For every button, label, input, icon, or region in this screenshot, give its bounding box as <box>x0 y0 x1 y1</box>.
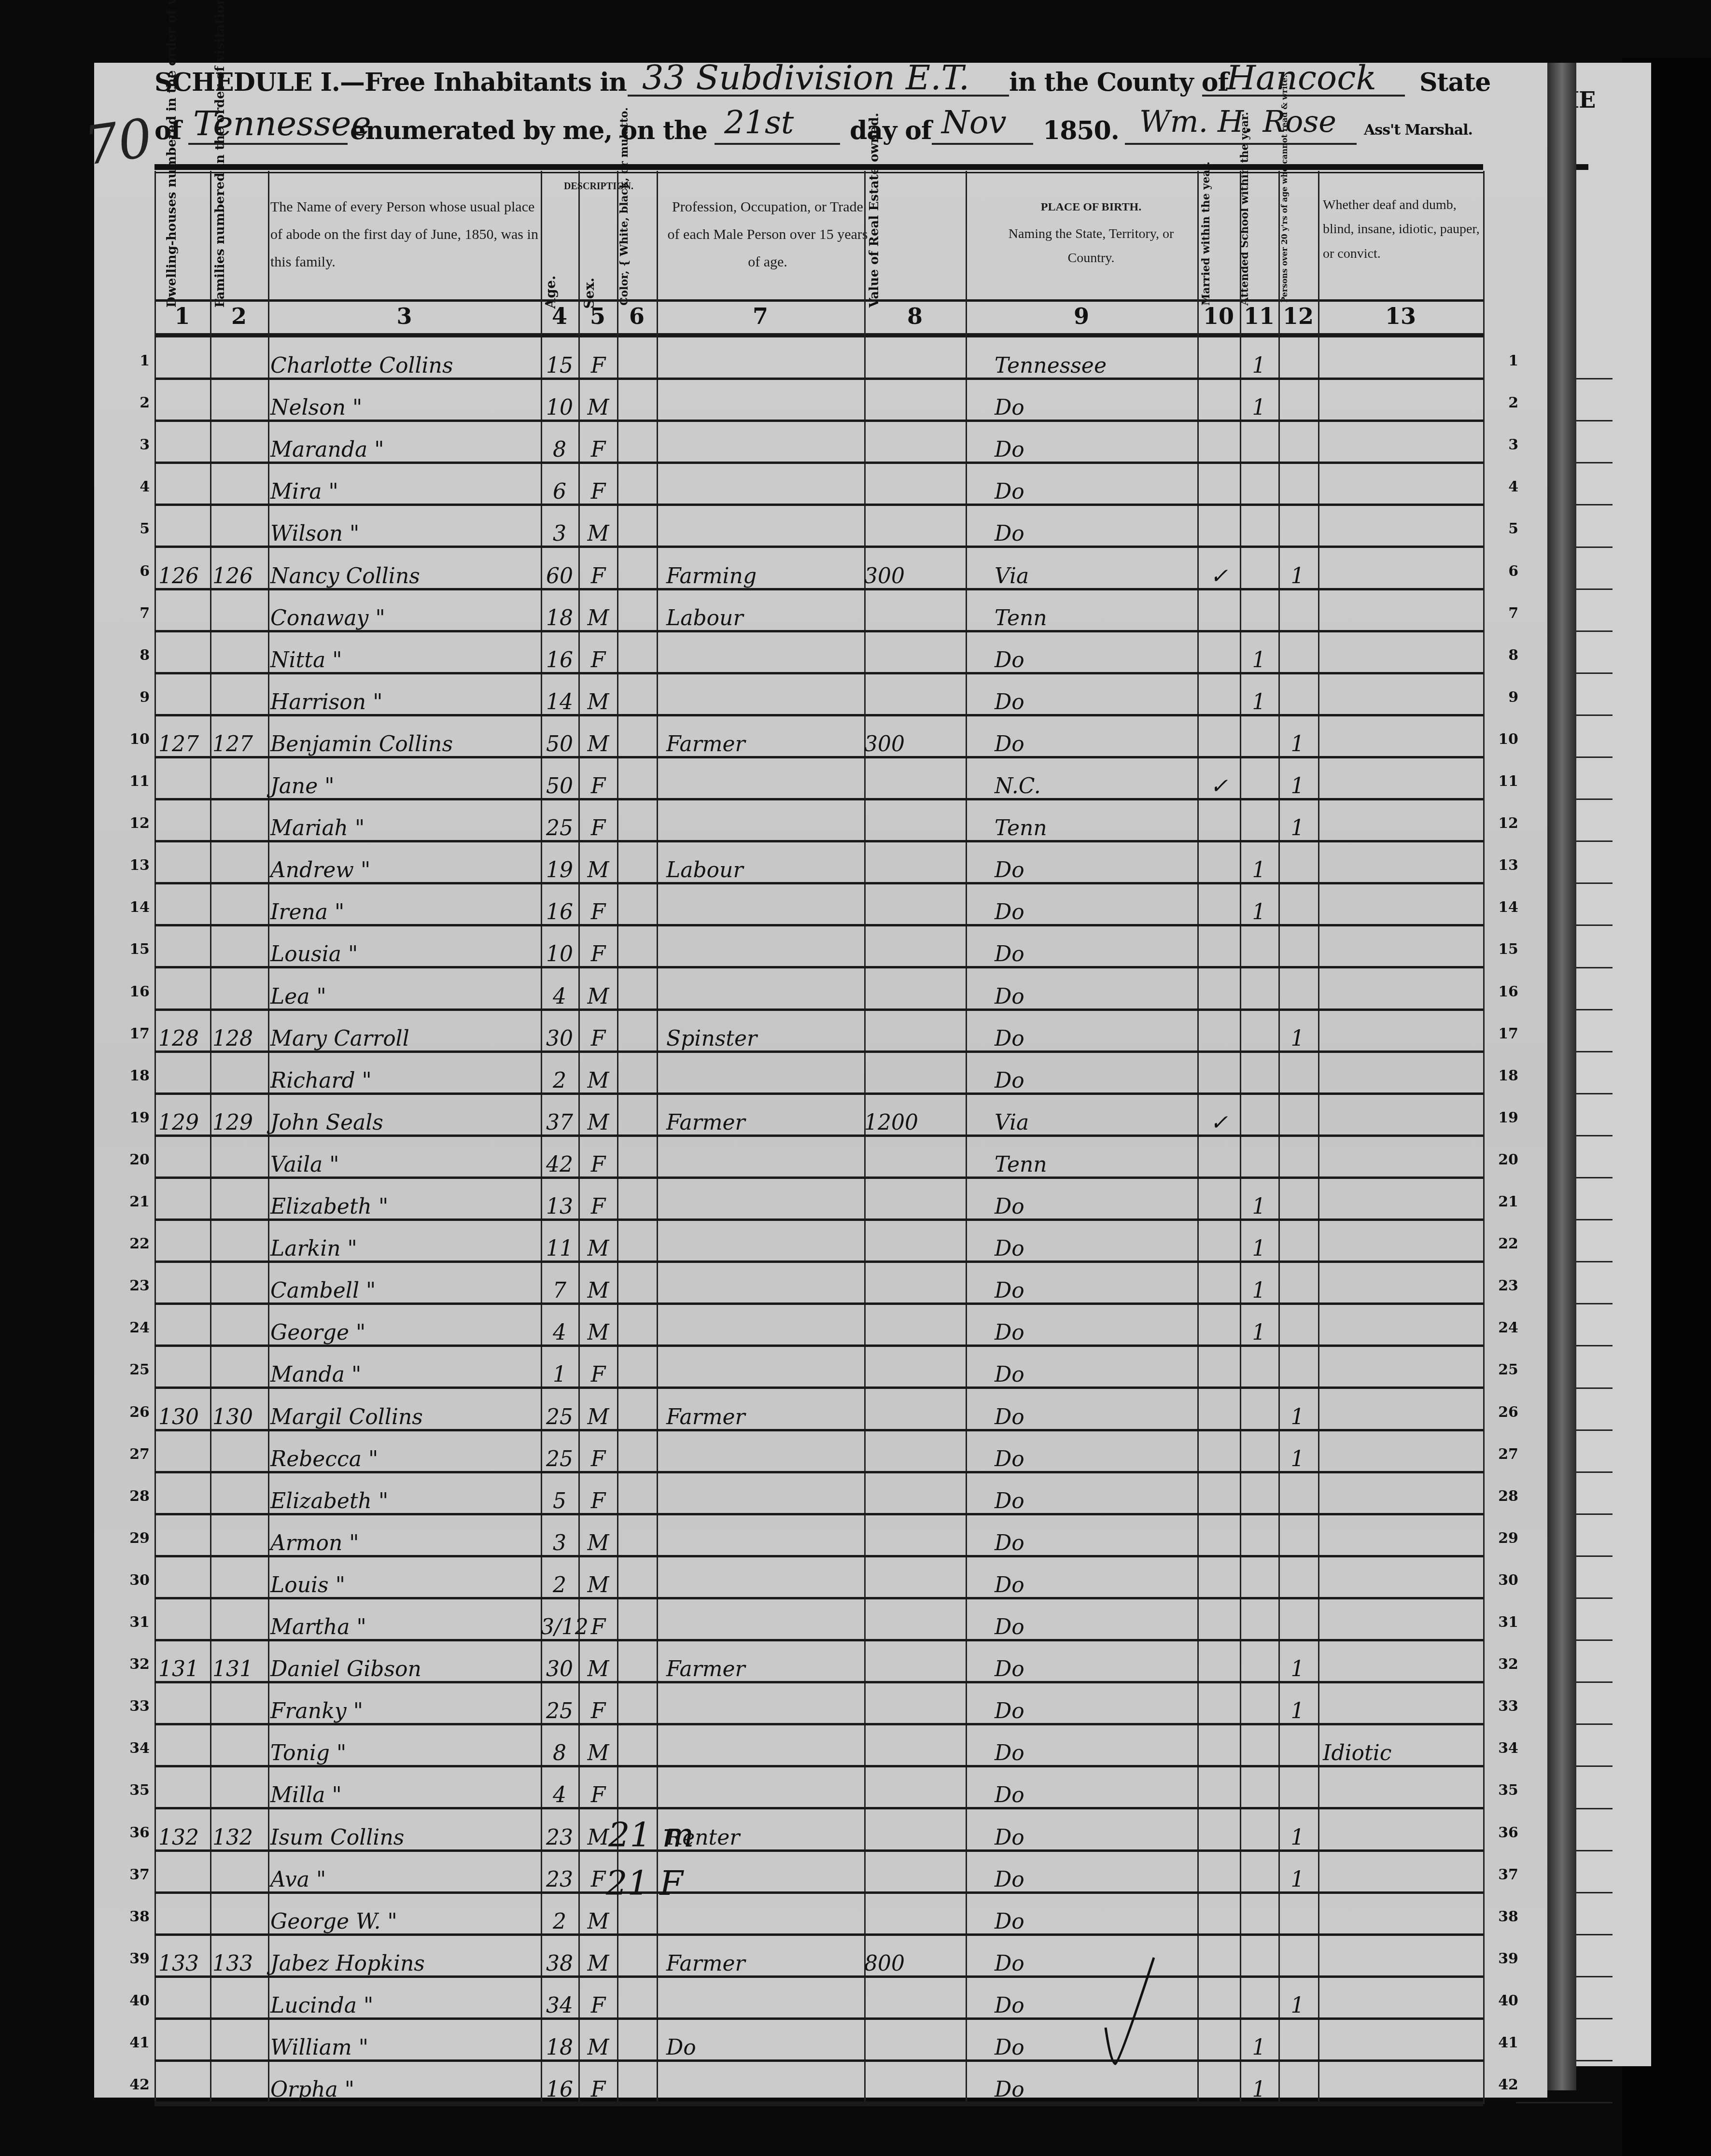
table-row: Vaila "42FTenn <box>154 1137 1483 1179</box>
cell-birth: Via <box>995 1110 1197 1135</box>
cell-age: 3 <box>541 1531 578 1555</box>
cell-occupation: Farmer <box>666 1110 869 1135</box>
cell-read: 1 <box>1279 564 1316 588</box>
cell-age: 2 <box>541 1573 578 1597</box>
line-number: 27 <box>1489 1446 1518 1463</box>
cell-age: 38 <box>541 1951 578 1976</box>
cell-value: 300 <box>864 732 961 756</box>
line-number: 9 <box>121 689 150 706</box>
cell-name: Conaway " <box>270 606 541 630</box>
column-number: 3 <box>268 303 541 329</box>
cell-sex: F <box>579 1362 617 1387</box>
cell-name: Wilson " <box>270 521 541 546</box>
line-number: 8 <box>1489 647 1518 664</box>
table-row: Mira "6FDo <box>154 464 1483 506</box>
column-number: 6 <box>617 303 657 329</box>
cell-school: 1 <box>1241 900 1277 924</box>
table-row: Elizabeth "5FDo <box>154 1473 1483 1515</box>
cell-school: 1 <box>1241 1278 1277 1303</box>
line-number: 20 <box>1489 1151 1518 1168</box>
cell-dwelling: 133 <box>158 1951 211 1976</box>
cell-age: 5 <box>541 1489 578 1513</box>
cell-age: 1 <box>541 1362 578 1387</box>
cell-dwelling: 131 <box>158 1657 211 1681</box>
header-divider <box>154 299 1483 302</box>
line-number: 42 <box>1489 2076 1518 2093</box>
cell-occupation: Farmer <box>666 1951 869 1976</box>
line-number: 32 <box>1489 1656 1518 1673</box>
line-number: 2 <box>121 394 150 411</box>
cell-read: 1 <box>1279 1993 1316 2018</box>
line-number: 6 <box>1489 563 1518 580</box>
cell-name: Armon " <box>270 1531 541 1555</box>
cell-birth: Do <box>995 1909 1197 1934</box>
page-fold <box>1547 63 1576 2090</box>
cell-age: 3/12 <box>541 1615 578 1639</box>
column-number: 8 <box>864 303 966 329</box>
cell-age: 2 <box>541 1909 578 1934</box>
line-number: 15 <box>1489 941 1518 958</box>
cell-name: Tonig " <box>270 1741 541 1765</box>
cell-name: Lea " <box>270 984 541 1009</box>
cell-birth: Do <box>995 1026 1197 1051</box>
cell-family: 127 <box>212 732 266 756</box>
cell-sex: M <box>579 1405 617 1429</box>
cell-dwelling: 126 <box>158 564 211 588</box>
line-number: 31 <box>121 1614 150 1631</box>
cell-birth: Tenn <box>995 1152 1197 1177</box>
line-number: 19 <box>1489 1109 1518 1126</box>
cell-occupation: Labour <box>666 606 869 630</box>
header-family: Families numbered in the order of visita… <box>214 192 227 308</box>
cell-sex: M <box>579 1657 617 1681</box>
line-number: 30 <box>1489 1572 1518 1589</box>
header-name: The Name of every Person whose usual pla… <box>270 193 541 276</box>
line-number: 33 <box>1489 1698 1518 1715</box>
line-number: 34 <box>121 1740 150 1757</box>
cell-school: 1 <box>1241 858 1277 882</box>
line-number: 11 <box>121 773 150 790</box>
line-number: 10 <box>1489 731 1518 748</box>
cell-occupation: Farmer <box>666 732 869 756</box>
table-row: Richard "2MDo <box>154 1053 1483 1095</box>
cell-family: 132 <box>212 1825 266 1850</box>
line-number: 38 <box>1489 1908 1518 1925</box>
cell-age: 42 <box>541 1152 578 1177</box>
adjacent-row-rule <box>1516 2102 1613 2103</box>
cell-sex: F <box>579 1194 617 1219</box>
cell-birth: Do <box>995 1447 1197 1471</box>
header-occupation: Profession, Occupation, or Trade of each… <box>666 193 869 276</box>
header-birth-title: PLACE OF BIRTH. <box>990 198 1192 216</box>
line-number: 1 <box>1489 352 1518 369</box>
cell-sex: M <box>579 1320 617 1345</box>
cell-family: 133 <box>212 1951 266 1976</box>
cell-age: 23 <box>541 1825 578 1850</box>
cell-read: 1 <box>1279 1867 1316 1892</box>
line-number: 29 <box>121 1530 150 1547</box>
line-number: 36 <box>1489 1824 1518 1841</box>
cell-value: 1200 <box>864 1110 961 1135</box>
header-description: DESCRIPTION. <box>541 179 657 194</box>
cell-birth: Do <box>995 648 1197 672</box>
month-underline <box>932 143 1033 145</box>
cell-age: 16 <box>541 2077 578 2102</box>
cell-name: George W. " <box>270 1909 541 1934</box>
line-number: 23 <box>121 1277 150 1294</box>
line-number: 38 <box>121 1908 150 1925</box>
cell-name: Martha " <box>270 1615 541 1639</box>
cell-read: 1 <box>1279 1657 1316 1681</box>
cell-sex: M <box>579 1741 617 1765</box>
table-row: Armon "3MDo <box>154 1515 1483 1557</box>
line-number: 7 <box>1489 605 1518 622</box>
cell-birth: Do <box>995 1405 1197 1429</box>
cell-read: 1 <box>1279 1405 1316 1429</box>
column-number: 7 <box>657 303 864 329</box>
cell-sex: F <box>579 648 617 672</box>
cell-sex: M <box>579 2035 617 2060</box>
line-number: 7 <box>121 605 150 622</box>
table-row: Nelson "10MDo1 <box>154 380 1483 422</box>
cell-school: 1 <box>1241 2077 1277 2102</box>
cell-sex: F <box>579 900 617 924</box>
cell-name: Louis " <box>270 1573 541 1597</box>
line-number: 12 <box>121 815 150 832</box>
header-dwelling: Dwelling-houses numbered in the order of… <box>166 192 179 308</box>
cell-birth: Do <box>995 1278 1197 1303</box>
cell-name: Maranda " <box>270 437 541 462</box>
cell-birth: Do <box>995 395 1197 420</box>
cell-name: Margil Collins <box>270 1405 541 1429</box>
table-row: Elizabeth "13FDo1 <box>154 1179 1483 1221</box>
cell-birth: Do <box>995 858 1197 882</box>
header-real-estate: Value of Real Estate owned. <box>868 192 881 308</box>
cell-married: ✓ <box>1200 1110 1238 1135</box>
line-number: 42 <box>121 2076 150 2093</box>
cell-married: ✓ <box>1200 774 1238 798</box>
cell-sex: F <box>579 1026 617 1051</box>
cell-family: 126 <box>212 564 266 588</box>
column-number: 5 <box>578 303 617 329</box>
cell-age: 30 <box>541 1657 578 1681</box>
table-row: Nitta "16FDo1 <box>154 632 1483 674</box>
cell-name: Irena " <box>270 900 541 924</box>
cell-read: 1 <box>1279 816 1316 840</box>
table-row: Irena "16FDo1 <box>154 884 1483 926</box>
table-row: Larkin "11MDo1 <box>154 1221 1483 1263</box>
cell-birth: Do <box>995 2077 1197 2102</box>
table-row: 130130Margil Collins25MFarmerDo1 <box>154 1389 1483 1431</box>
cell-age: 16 <box>541 648 578 672</box>
cell-family: 129 <box>212 1110 266 1135</box>
state-label: State <box>1419 68 1490 97</box>
line-number: 14 <box>121 899 150 916</box>
cell-age: 34 <box>541 1993 578 2018</box>
table-row: 133133Jabez Hopkins38MFarmer800Do <box>154 1936 1483 1978</box>
line-number: 37 <box>121 1866 150 1883</box>
cell-name: Rebecca " <box>270 1447 541 1471</box>
cell-birth: Do <box>995 1489 1197 1513</box>
cell-age: 13 <box>541 1194 578 1219</box>
cell-dwelling: 128 <box>158 1026 211 1051</box>
line-number: 6 <box>121 563 150 580</box>
line-number: 40 <box>121 1992 150 2009</box>
cell-name: Benjamin Collins <box>270 732 541 756</box>
cell-dwelling: 130 <box>158 1405 211 1429</box>
male-tally: 21 m <box>608 1815 694 1855</box>
cell-dwelling: 132 <box>158 1825 211 1850</box>
cell-age: 14 <box>541 690 578 714</box>
cell-birth: Do <box>995 1531 1197 1555</box>
cell-sex: M <box>579 1278 617 1303</box>
line-number: 21 <box>1489 1193 1518 1210</box>
cell-age: 25 <box>541 816 578 840</box>
cell-married: ✓ <box>1200 564 1238 588</box>
table-row: Lea "4MDo <box>154 969 1483 1011</box>
cell-birth: Do <box>995 1783 1197 1807</box>
line-number: 22 <box>121 1235 150 1252</box>
cell-birth: Do <box>995 1068 1197 1093</box>
table-row: William "18MDoDo1 <box>154 2020 1483 2062</box>
line-number: 3 <box>121 436 150 453</box>
cell-birth: N.C. <box>995 774 1197 798</box>
cell-name: Charlotte Collins <box>270 353 541 378</box>
line-number: 30 <box>121 1572 150 1589</box>
line-number: 18 <box>1489 1067 1518 1084</box>
cell-sex: F <box>579 942 617 966</box>
line-number: 41 <box>121 2034 150 2051</box>
cell-age: 60 <box>541 564 578 588</box>
cell-name: George " <box>270 1320 541 1345</box>
cell-birth: Do <box>995 732 1197 756</box>
cell-sex: F <box>579 774 617 798</box>
line-number: 16 <box>1489 983 1518 1000</box>
cell-name: Lousia " <box>270 942 541 966</box>
cell-age: 3 <box>541 521 578 546</box>
cell-read: 1 <box>1279 732 1316 756</box>
header-bottom-rule <box>154 333 1483 337</box>
header-condition: Whether deaf and dumb, blind, insane, id… <box>1323 193 1482 266</box>
cell-age: 15 <box>541 353 578 378</box>
line-number: 35 <box>1489 1782 1518 1799</box>
cell-name: Nancy Collins <box>270 564 541 588</box>
table-row: Lousia "10FDo <box>154 926 1483 968</box>
cell-sex: F <box>579 479 617 504</box>
line-number: 25 <box>1489 1361 1518 1378</box>
cell-sex: F <box>579 1783 617 1807</box>
cell-school: 1 <box>1241 1236 1277 1261</box>
column-divider <box>1483 171 1485 2104</box>
cell-birth: Do <box>995 690 1197 714</box>
cell-name: Orpha " <box>270 2077 541 2102</box>
cell-sex: M <box>579 1909 617 1934</box>
line-number: 18 <box>121 1067 150 1084</box>
line-number: 4 <box>1489 478 1518 495</box>
cell-occupation: Do <box>666 2035 869 2060</box>
cell-age: 4 <box>541 1783 578 1807</box>
line-number: 37 <box>1489 1866 1518 1883</box>
table-row: George "4MDo1 <box>154 1305 1483 1347</box>
cell-name: Milla " <box>270 1783 541 1807</box>
line-number: 2 <box>1489 394 1518 411</box>
line-number: 27 <box>121 1446 150 1463</box>
line-number: 5 <box>1489 520 1518 537</box>
cell-age: 25 <box>541 1447 578 1471</box>
table-row: 131131Daniel Gibson30MFarmerDo1 <box>154 1641 1483 1683</box>
cell-name: John Seals <box>270 1110 541 1135</box>
cell-sex: F <box>579 1993 617 2018</box>
table-row: Manda "1FDo <box>154 1347 1483 1389</box>
cell-name: Ava " <box>270 1867 541 1892</box>
cell-name: Andrew " <box>270 858 541 882</box>
cell-name: Mary Carroll <box>270 1026 541 1051</box>
cell-sex: M <box>579 690 617 714</box>
line-number: 39 <box>1489 1950 1518 1967</box>
cell-age: 4 <box>541 984 578 1009</box>
column-number: 2 <box>210 303 268 329</box>
line-number: 28 <box>1489 1488 1518 1505</box>
column-number: 13 <box>1318 303 1483 329</box>
table-row: Louis "2MDo <box>154 1557 1483 1599</box>
cell-sex: M <box>579 1068 617 1093</box>
cell-value: 300 <box>864 564 961 588</box>
cell-age: 16 <box>541 900 578 924</box>
table-row: Tonig "8MDoIdiotic <box>154 1725 1483 1767</box>
cell-read: 1 <box>1279 1026 1316 1051</box>
line-number: 29 <box>1489 1530 1518 1547</box>
cell-age: 50 <box>541 732 578 756</box>
cell-occupation: Farmer <box>666 1657 869 1681</box>
day-of-label: day of <box>850 116 931 145</box>
cell-value: 800 <box>864 1951 961 1976</box>
cell-sex: M <box>579 984 617 1009</box>
line-number: 26 <box>1489 1404 1518 1421</box>
cell-age: 30 <box>541 1026 578 1051</box>
column-number: 10 <box>1197 303 1240 329</box>
cell-sex: M <box>579 1531 617 1555</box>
cell-name: Daniel Gibson <box>270 1657 541 1681</box>
cell-condition: Idiotic <box>1323 1741 1477 1765</box>
cell-sex: F <box>579 1489 617 1513</box>
cell-occupation: Spinster <box>666 1026 869 1051</box>
county-underline <box>1202 95 1405 97</box>
cell-name: Cambell " <box>270 1278 541 1303</box>
cell-sex: F <box>579 1447 617 1471</box>
line-number: 28 <box>121 1488 150 1505</box>
cell-family: 131 <box>212 1657 266 1681</box>
cell-sex: M <box>579 1236 617 1261</box>
cell-sex: F <box>579 1699 617 1723</box>
cell-school: 1 <box>1241 2035 1277 2060</box>
cell-sex: F <box>579 564 617 588</box>
table-row: Orpha "16FDo1 <box>154 2062 1483 2104</box>
table-row: Rebecca "25FDo1 <box>154 1431 1483 1473</box>
cell-sex: F <box>579 816 617 840</box>
cell-birth: Do <box>995 479 1197 504</box>
subdivision-field: 33 Subdivision E.T. <box>642 58 969 98</box>
cell-age: 10 <box>541 395 578 420</box>
day-underline <box>715 143 840 145</box>
cell-birth: Do <box>995 900 1197 924</box>
cell-birth: Do <box>995 1699 1197 1723</box>
cell-name: Isum Collins <box>270 1825 541 1850</box>
cell-name: Mariah " <box>270 816 541 840</box>
header-birth: Naming the State, Territory, or Country. <box>995 222 1188 271</box>
cell-read: 1 <box>1279 1699 1316 1723</box>
line-number: 5 <box>121 520 150 537</box>
cell-birth: Do <box>995 1951 1197 1976</box>
line-number: 33 <box>121 1698 150 1715</box>
cell-occupation: Renter <box>666 1825 869 1850</box>
cell-sex: M <box>579 395 617 420</box>
line-number: 4 <box>121 478 150 495</box>
table-row: Martha "3/12FDo <box>154 1599 1483 1641</box>
cell-sex: F <box>579 437 617 462</box>
cell-read: 1 <box>1279 774 1316 798</box>
month-field: Nov <box>941 104 1007 141</box>
column-number: 11 <box>1240 303 1278 329</box>
cell-birth: Do <box>995 1573 1197 1597</box>
cell-age: 23 <box>541 1867 578 1892</box>
line-number: 24 <box>121 1319 150 1336</box>
column-number: 12 <box>1278 303 1318 329</box>
enumerated-label: enumerated by me, on the <box>350 116 707 145</box>
cell-name: Mira " <box>270 479 541 504</box>
cell-birth: Do <box>995 437 1197 462</box>
cell-name: Nelson " <box>270 395 541 420</box>
line-number: 34 <box>1489 1740 1518 1757</box>
cell-family: 130 <box>212 1405 266 1429</box>
cell-school: 1 <box>1241 1194 1277 1219</box>
table-row: Conaway "18MLabourTenn <box>154 590 1483 632</box>
female-tally: 21 F <box>606 1863 683 1903</box>
table-row: Wilson "3MDo <box>154 506 1483 548</box>
county-field: Hancock <box>1226 58 1376 98</box>
cell-birth: Do <box>995 521 1197 546</box>
line-number: 15 <box>121 941 150 958</box>
line-number: 35 <box>121 1782 150 1799</box>
cell-age: 18 <box>541 606 578 630</box>
cell-sex: M <box>579 1951 617 1976</box>
cell-dwelling: 129 <box>158 1110 211 1135</box>
cell-birth: Do <box>995 1236 1197 1261</box>
header-cannot-read: Persons over 20 y'rs of age who cannot r… <box>1281 187 1289 303</box>
table-row: 126126Nancy Collins60FFarming300Via✓1 <box>154 548 1483 590</box>
table-row: Ava "23FDo1 <box>154 1852 1483 1894</box>
table-row: Maranda "8FDo <box>154 422 1483 464</box>
cell-name: Franky " <box>270 1699 541 1723</box>
cell-birth: Do <box>995 1867 1197 1892</box>
cell-read: 1 <box>1279 1825 1316 1850</box>
cell-birth: Do <box>995 984 1197 1009</box>
table-row: 132132Isum Collins23MRenterDo1 <box>154 1810 1483 1852</box>
header-married: Married within the year. <box>1201 190 1212 306</box>
cell-sex: F <box>579 353 617 378</box>
line-number: 17 <box>121 1025 150 1042</box>
cell-name: Jabez Hopkins <box>270 1951 541 1976</box>
table-row: 128128Mary Carroll30FSpinsterDo1 <box>154 1011 1483 1053</box>
cell-birth: Tenn <box>995 816 1197 840</box>
line-number: 41 <box>1489 2034 1518 2051</box>
cell-sex: M <box>579 521 617 546</box>
marshal-label: Ass't Marshal. <box>1364 122 1473 139</box>
table-row: Franky "25FDo1 <box>154 1683 1483 1725</box>
cell-age: 25 <box>541 1405 578 1429</box>
table-row: Milla "4FDo <box>154 1767 1483 1809</box>
line-number: 1 <box>121 352 150 369</box>
line-number: 25 <box>121 1361 150 1378</box>
